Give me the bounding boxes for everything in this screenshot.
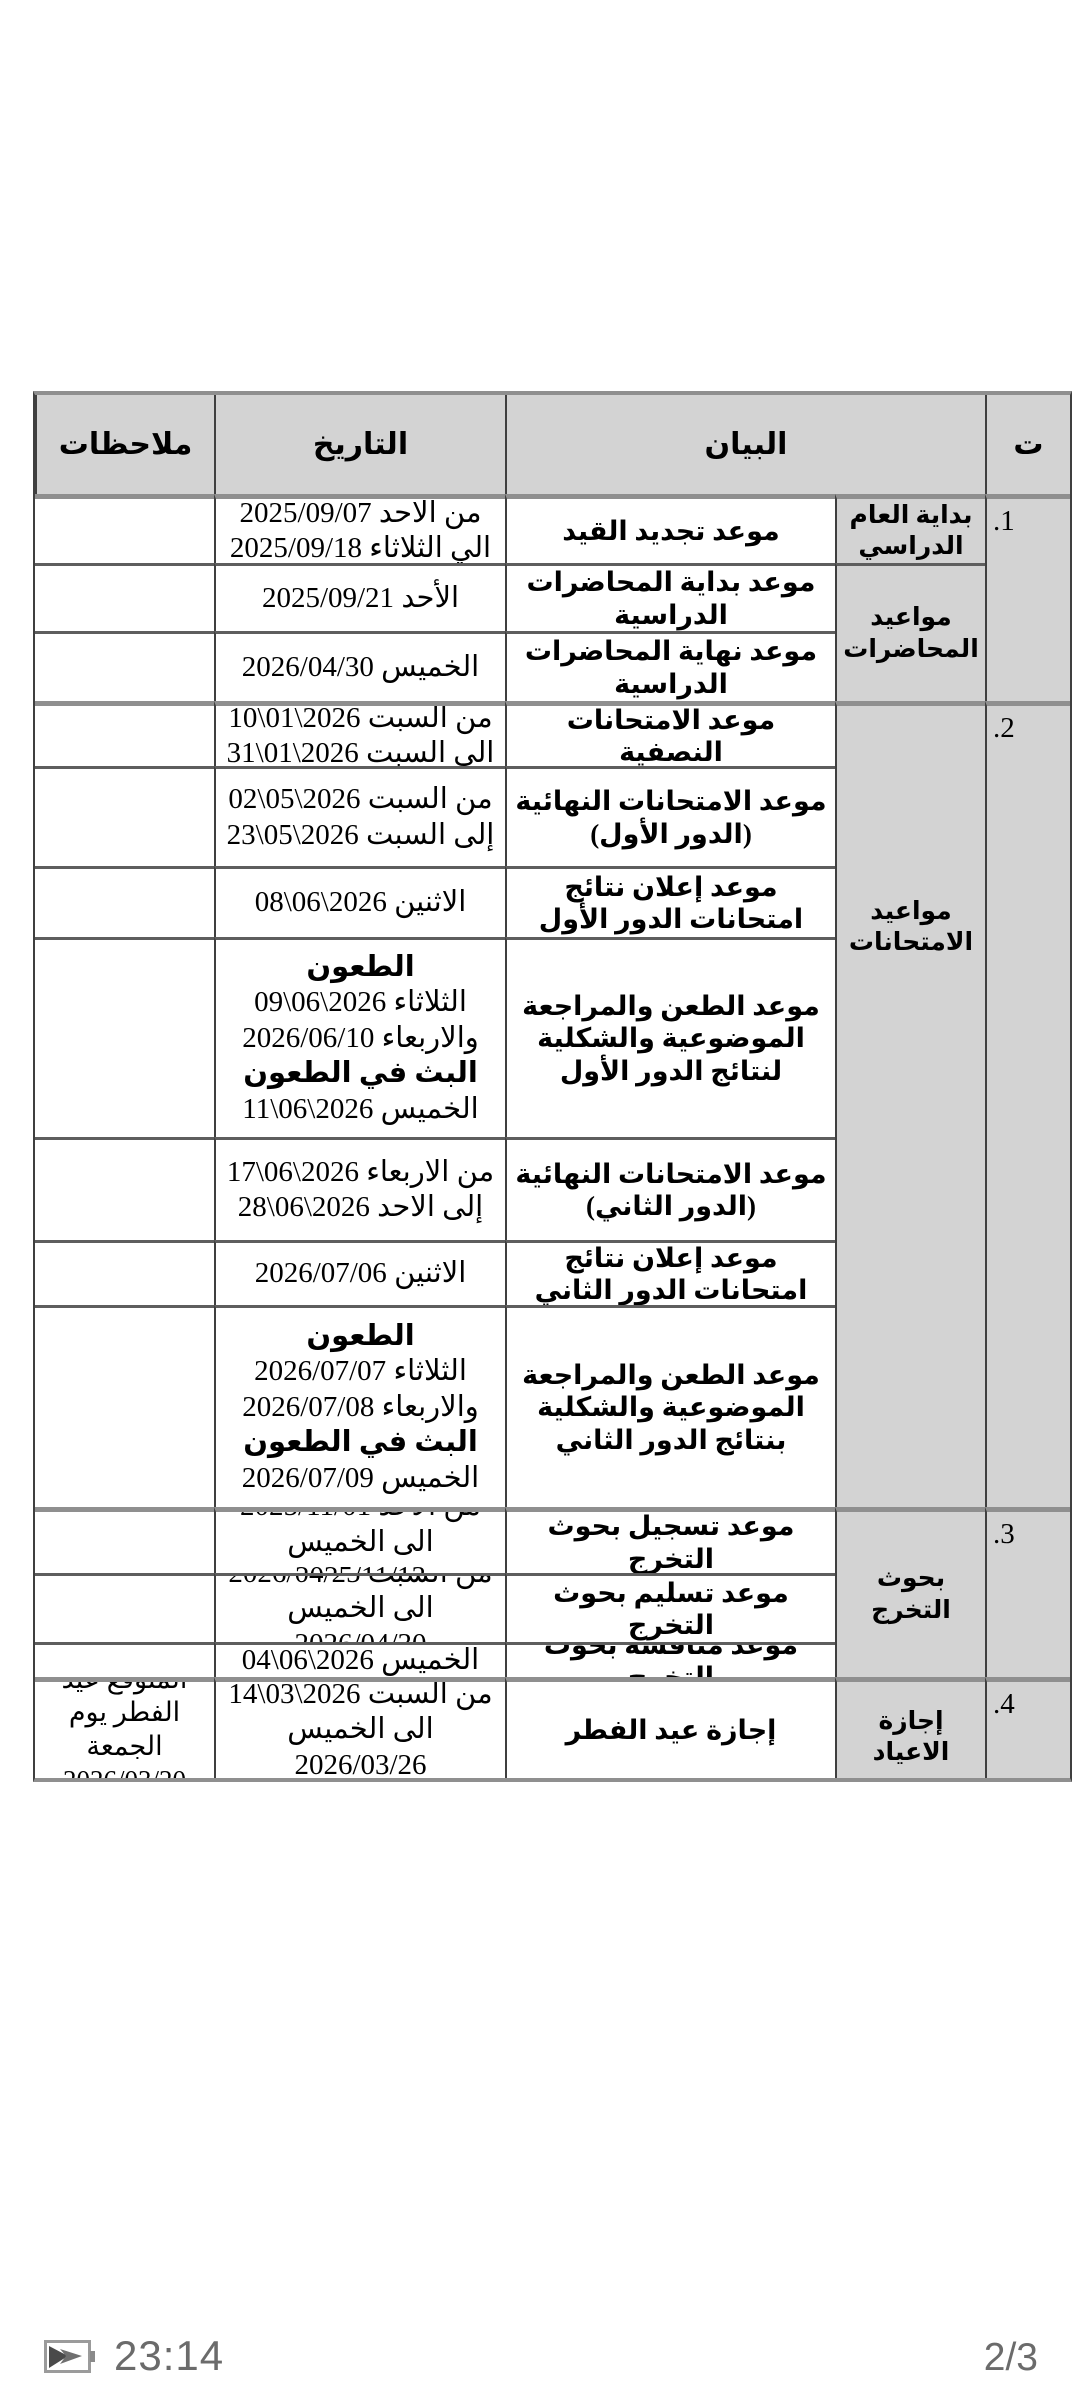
- date-line: الطعون: [306, 1319, 414, 1354]
- notes-cell: [35, 1642, 214, 1677]
- index-cell: .1: [985, 494, 1070, 701]
- date-line: الطعون: [306, 950, 414, 985]
- date-line: من الاربعاء 2026\06\17: [227, 1155, 494, 1190]
- date-cell: من الاربعاء 2026\06\17إلى الاحد 2026\06\…: [214, 1137, 505, 1240]
- notes-cell: [35, 1137, 214, 1240]
- notes-cell: [35, 701, 214, 766]
- date-cell: من السبت 2026\03\14الى الخميس 2026/03/26: [214, 1677, 505, 1778]
- statement-cell: موعد الامتحانات النهائية (الدور الأول): [505, 766, 835, 866]
- header-notes: ملاحظات: [35, 395, 214, 494]
- date-line: الاثنين 2026\06\08: [255, 885, 467, 920]
- statement-cell: موعد الامتحانات النصفية: [505, 701, 835, 766]
- statement-cell: موعد الطعن والمراجعة الموضوعية والشكلية …: [505, 1305, 835, 1507]
- date-cell: الاثنين 2026\06\08: [214, 866, 505, 937]
- date-line: من السبت 2026/04/25: [228, 1573, 492, 1591]
- notes-cell: [35, 631, 214, 701]
- date-line: الخميس 2026/07/09: [242, 1461, 479, 1496]
- date-line: الأحد 2025/09/21: [262, 581, 459, 616]
- clock-time: 23:14: [114, 2332, 224, 2380]
- date-line: إلى السبت 2026\05\23: [227, 818, 495, 853]
- notes-cell: [35, 1240, 214, 1305]
- header-statement: البيان: [505, 395, 985, 494]
- date-line: الثلاثاء 2026/07/07: [254, 1354, 467, 1389]
- notes-cell: [35, 937, 214, 1137]
- statement-cell: موعد إعلان نتائج امتحانات الدور الثاني: [505, 1240, 835, 1305]
- statement-cell: موعد بداية المحاضرات الدراسية: [505, 563, 835, 631]
- page-indicator: 2/3: [984, 2336, 1038, 2380]
- statement-cell: موعد إعلان نتائج امتحانات الدور الأول: [505, 866, 835, 937]
- battery-charging-icon: [44, 2340, 96, 2374]
- date-line: الى الخميس 2026/03/26: [220, 1712, 501, 1778]
- viewer-footer: 23:14 2/3: [0, 2330, 1080, 2390]
- notes-cell: [35, 1573, 214, 1642]
- date-line: من السبت 2026\01\10: [228, 701, 492, 736]
- category-cell: بداية العام الدراسي: [835, 494, 985, 563]
- statement-cell: موعد تسجيل بحوث التخرج: [505, 1507, 835, 1573]
- date-line: إلى الاحد 2026\06\28: [238, 1190, 483, 1225]
- statement-cell: موعد نهاية المحاضرات الدراسية: [505, 631, 835, 701]
- date-line: من الاحد 2025/11/01: [240, 1507, 481, 1525]
- date-line: الخميس 2026/04/30: [242, 650, 479, 685]
- statement-cell: موعد مناقشة بحوث التخرج: [505, 1642, 835, 1677]
- date-line: الى الخميس 2025/11/13: [220, 1525, 501, 1573]
- date-cell: من السبت 2026\01\10الى السبت 2026\01\31: [214, 701, 505, 766]
- document-page[interactable]: ملاحظات التاريخ البيان ت من الاحد 2025/0…: [0, 0, 1080, 2400]
- notes-cell: [35, 563, 214, 631]
- date-line: البث في الطعون: [243, 1056, 478, 1091]
- calendar-table: ملاحظات التاريخ البيان ت من الاحد 2025/0…: [33, 391, 1072, 1782]
- date-cell: من الاحد 2025/11/01الى الخميس 2025/11/13: [214, 1507, 505, 1573]
- date-line: الاثنين 2026/07/06: [255, 1256, 467, 1291]
- date-cell: الاثنين 2026/07/06: [214, 1240, 505, 1305]
- date-cell: الطعونالثلاثاء 2026\06\09والاربعاء 2026/…: [214, 937, 505, 1137]
- notes-cell: [35, 494, 214, 563]
- date-cell: من السبت 2026/04/25الى الخميس 2026/04/30: [214, 1573, 505, 1642]
- header-index: ت: [985, 395, 1070, 494]
- header-date: التاريخ: [214, 395, 505, 494]
- index-cell: .2: [985, 701, 1070, 1507]
- date-line: الى السبت 2026\01\31: [227, 736, 495, 766]
- index-cell: .3: [985, 1507, 1070, 1677]
- date-line: الخميس 2026\06\11: [242, 1092, 478, 1127]
- statement-cell: إجازة عيد الفطر: [505, 1677, 835, 1778]
- date-line: والاربعاء 2026/07/08: [242, 1390, 479, 1425]
- date-line: الثلاثاء 2026\06\09: [254, 985, 467, 1020]
- date-line: البث في الطعون: [243, 1425, 478, 1460]
- category-cell: مواعيد المحاضرات: [835, 563, 985, 701]
- date-cell: الطعونالثلاثاء 2026/07/07والاربعاء 2026/…: [214, 1305, 505, 1507]
- date-cell: الخميس 2026/04/30: [214, 631, 505, 701]
- statement-cell: موعد الطعن والمراجعة الموضوعية والشكلية …: [505, 937, 835, 1137]
- date-line: من السبت 2026\03\14: [228, 1677, 492, 1712]
- notes-cell: [35, 766, 214, 866]
- notes-cell: [35, 866, 214, 937]
- date-line: الخميس 2026\06\04: [242, 1643, 479, 1677]
- category-cell: مواعيد الامتحانات: [835, 701, 985, 1507]
- category-cell: بحوث التخرج: [835, 1507, 985, 1677]
- statement-cell: موعد تجديد القيد: [505, 494, 835, 563]
- statement-cell: موعد الامتحانات النهائية (الدور الثاني): [505, 1137, 835, 1240]
- date-line: والاربعاء 2026/06/10: [242, 1021, 479, 1056]
- date-line: الى الخميس 2026/04/30: [220, 1591, 501, 1642]
- date-cell: الخميس 2026\06\04: [214, 1642, 505, 1677]
- index-cell: .4: [985, 1677, 1070, 1778]
- notes-cell: [35, 1507, 214, 1573]
- date-cell: من الاحد 2025/09/07الي الثلاثاء 2025/09/…: [214, 494, 505, 563]
- date-cell: من السبت 2026\05\02إلى السبت 2026\05\23: [214, 766, 505, 866]
- date-line: من السبت 2026\05\02: [228, 782, 492, 817]
- notes-cell: [35, 1305, 214, 1507]
- date-line: من الاحد 2025/09/07: [240, 496, 482, 531]
- category-cell: إجازة الاعياد: [835, 1677, 985, 1778]
- statement-cell: موعد تسليم بحوث التخرج: [505, 1573, 835, 1642]
- date-cell: الأحد 2025/09/21: [214, 563, 505, 631]
- date-line: الي الثلاثاء 2025/09/18: [230, 531, 491, 563]
- notes-cell: المتوقع عيد الفطر يوم الجمعة 2026/03/20: [35, 1677, 214, 1778]
